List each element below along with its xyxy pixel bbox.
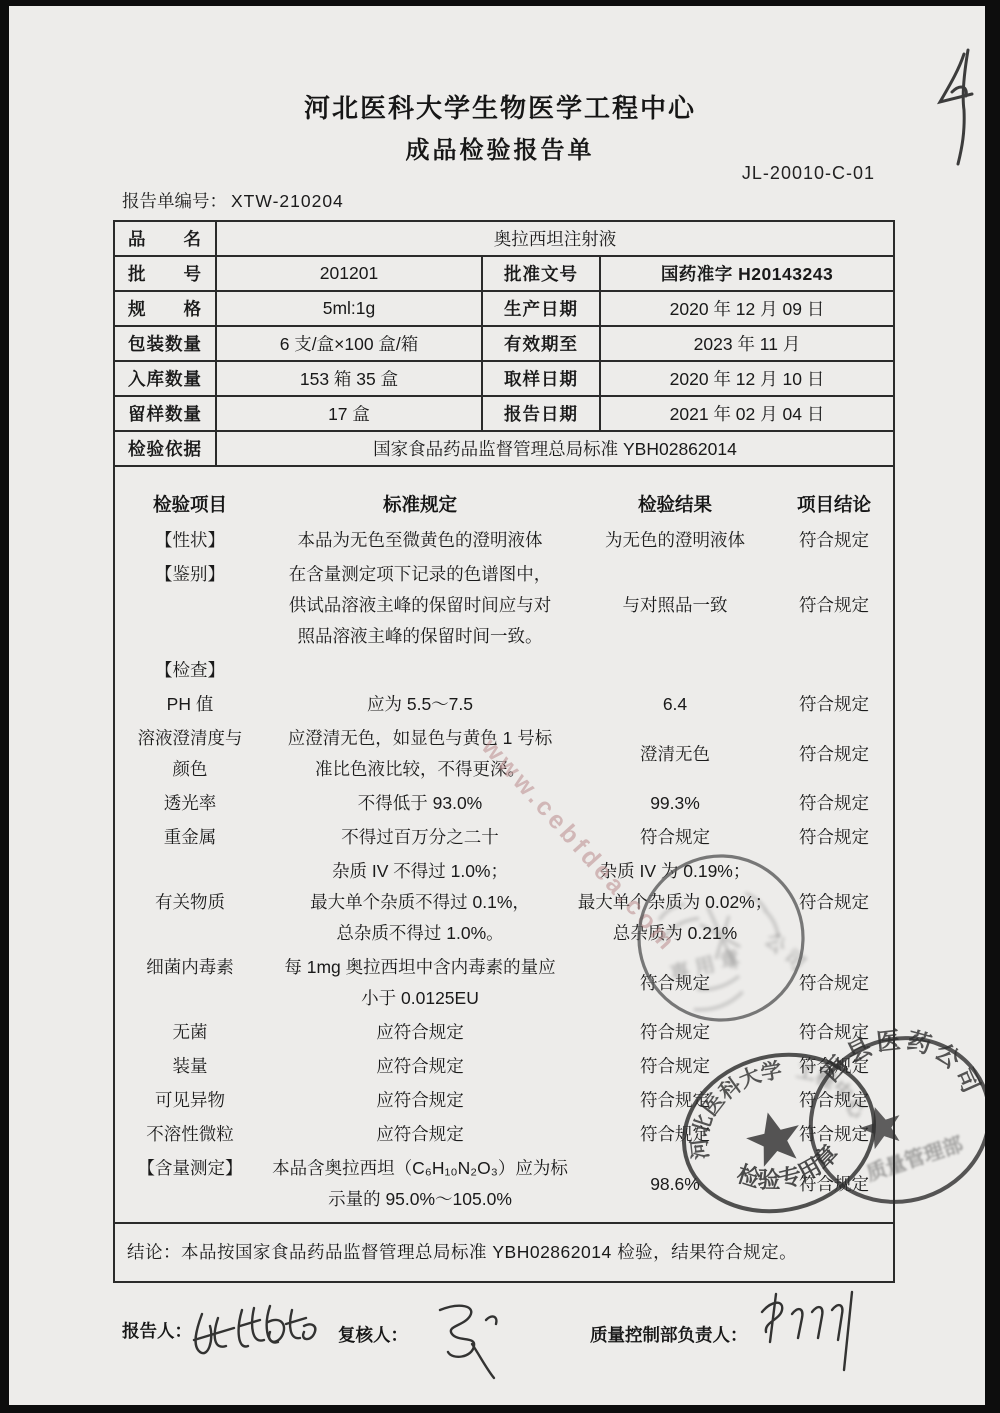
conclusion-box: 结论：本品按国家食品药品监督管理总局标准 YBH02862014 检验，结果符合… [115, 1222, 893, 1293]
report-number-value: XTW-210204 [231, 191, 344, 211]
info-row: 品 名奥拉西坦注射液 [115, 222, 893, 257]
inspection-cell: 【性状】 [115, 525, 265, 556]
reviewer-label: 复核人： [338, 1322, 408, 1347]
inspection-line: 符合规定 [575, 968, 775, 999]
inspection-line: 应为 5.5～7.5 [265, 689, 575, 720]
inspection-cell: 应符合规定 [265, 1051, 575, 1082]
reporter-label: 报告人： [122, 1318, 192, 1343]
info-cell: 留样数量 [115, 397, 215, 430]
inspection-line: 符合规定 [775, 1085, 893, 1116]
inspection-cell: 符合规定 [775, 723, 893, 785]
inspection-line: 溶液澄清度与 [115, 723, 265, 754]
inspection-line: 供试品溶液主峰的保留时间应与对 [265, 590, 575, 621]
inspection-cell: 符合规定 [575, 1017, 775, 1048]
inspection-line: 符合规定 [775, 788, 893, 819]
info-cell: 5ml:1g [215, 292, 481, 325]
inspection-row: 重金属不得过百万分之二十符合规定符合规定 [115, 822, 893, 853]
inspection-cell: 不得过百万分之二十 [265, 822, 575, 853]
inspection-row: 【检查】 [115, 655, 893, 686]
inspection-line: 符合规定 [775, 1017, 893, 1048]
inspection-line: 应澄清无色，如显色与黄色 1 号标 [265, 723, 575, 754]
inspection-cell: 杂质 IV 不得过 1.0%；最大单个杂质不得过 0.1%，总杂质不得过 1.0… [265, 856, 575, 949]
scanned-report-page: 河北医科大学生物医学工程中心 成品检验报告单 JL-20010-C-01 报告单… [0, 0, 1000, 1413]
info-cell: 批准文号 [481, 257, 599, 290]
inspection-row: 装量应符合规定符合规定符合规定 [115, 1051, 893, 1082]
info-cell: 2021 年 02 月 04 日 [599, 397, 893, 430]
info-cell: 6 支/盒×100 盒/箱 [215, 327, 481, 360]
inspection-line: 符合规定 [775, 822, 893, 853]
inspection-line: 细菌内毒素 [115, 952, 265, 983]
inspection-line: 符合规定 [775, 887, 893, 918]
inspection-line: 符合规定 [575, 822, 775, 853]
product-info-table: 品 名奥拉西坦注射液批 号201201批准文号国药准字 H20143243规 格… [115, 222, 893, 467]
inspection-row: 可见异物应符合规定符合规定符合规定 [115, 1085, 893, 1116]
scan-edge-left [0, 0, 9, 1413]
col-header-conclusion: 项目结论 [775, 491, 893, 517]
info-cell: 规 格 [115, 292, 215, 325]
inspection-line: 98.6% [575, 1169, 775, 1200]
info-cell: 品 名 [115, 222, 215, 255]
inspection-cell: 无菌 [115, 1017, 265, 1048]
inspection-line: 符合规定 [575, 1051, 775, 1082]
inspection-cell [265, 655, 575, 686]
info-row: 检验依据国家食品药品监督管理总局标准 YBH02862014 [115, 432, 893, 467]
inspection-line: 每 1mg 奥拉西坦中含内毒素的量应 [265, 952, 575, 983]
org-title: 河北医科大学生物医学工程中心 [0, 88, 1000, 125]
info-cell: 国药准字 H20143243 [599, 257, 893, 290]
inspection-cell: 重金属 [115, 822, 265, 853]
inspection-line: 【含量测定】 [115, 1153, 265, 1184]
inspection-line: 应符合规定 [265, 1051, 575, 1082]
inspection-cell: 符合规定 [575, 952, 775, 1014]
inspection-cell: 应符合规定 [265, 1017, 575, 1048]
inspection-cell: 应为 5.5～7.5 [265, 689, 575, 720]
inspection-cell: 与对照品一致 [575, 559, 775, 652]
inspection-cell: 应符合规定 [265, 1119, 575, 1150]
inspection-rows: 【性状】本品为无色至微黄色的澄明液体为无色的澄明液体符合规定【鉴别】在含量测定项… [115, 525, 893, 1215]
inspection-cell: 符合规定 [775, 559, 893, 652]
inspection-line: 照品溶液主峰的保留时间一致。 [265, 621, 575, 652]
inspection-table: 检验项目 标准规定 检验结果 项目结论 【性状】本品为无色至微黄色的澄明液体为无… [115, 467, 893, 1222]
inspection-line: 符合规定 [575, 1017, 775, 1048]
report-number-label: 报告单编号： [122, 191, 227, 211]
inspection-line: 杂质 IV 不得过 1.0%； [265, 856, 575, 887]
inspection-row: 有关物质杂质 IV 不得过 1.0%；最大单个杂质不得过 0.1%，总杂质不得过… [115, 856, 893, 949]
scan-edge-top [0, 0, 1000, 6]
inspection-line: 符合规定 [775, 525, 893, 556]
inspection-line: 可见异物 [115, 1085, 265, 1116]
inspection-line: 符合规定 [775, 739, 893, 770]
inspection-cell: 应符合规定 [265, 1085, 575, 1116]
inspection-line: 符合规定 [775, 590, 893, 621]
scan-edge-right [985, 0, 1000, 1413]
inspection-cell: 细菌内毒素 [115, 952, 265, 1014]
inspection-cell: 不溶性微粒 [115, 1119, 265, 1150]
inspection-row: 【鉴别】在含量测定项下记录的色谱图中，供试品溶液主峰的保留时间应与对照品溶液主峰… [115, 559, 893, 652]
info-row: 批 号201201批准文号国药准字 H20143243 [115, 257, 893, 292]
inspection-cell: 【含量测定】 [115, 1153, 265, 1215]
inspection-row: PH 值应为 5.5～7.56.4符合规定 [115, 689, 893, 720]
info-cell: 包装数量 [115, 327, 215, 360]
col-header-standard: 标准规定 [265, 491, 575, 517]
inspection-line: 与对照品一致 [575, 590, 775, 621]
inspection-line: 符合规定 [775, 689, 893, 720]
inspection-row: 细菌内毒素每 1mg 奥拉西坦中含内毒素的量应小于 0.0125EU符合规定符合… [115, 952, 893, 1014]
inspection-cell: 有关物质 [115, 856, 265, 949]
inspection-line: 最大单个杂质不得过 0.1%， [265, 887, 575, 918]
info-cell: 2023 年 11 月 [599, 327, 893, 360]
scan-edge-bottom [0, 1405, 1000, 1413]
inspection-cell: 符合规定 [775, 1017, 893, 1048]
inspection-cell: 可见异物 [115, 1085, 265, 1116]
inspection-line: 符合规定 [775, 1119, 893, 1150]
info-row: 规 格5ml:1g生产日期2020 年 12 月 09 日 [115, 292, 893, 327]
inspection-row: 【性状】本品为无色至微黄色的澄明液体为无色的澄明液体符合规定 [115, 525, 893, 556]
inspection-cell: 澄清无色 [575, 723, 775, 785]
inspection-line: 重金属 [115, 822, 265, 853]
inspection-cell: 99.3% [575, 788, 775, 819]
inspection-cell: PH 值 [115, 689, 265, 720]
inspection-cell: 符合规定 [775, 1119, 893, 1150]
inspection-row: 无菌应符合规定符合规定符合规定 [115, 1017, 893, 1048]
inspection-line: 小于 0.0125EU [265, 983, 575, 1014]
info-cell: 奥拉西坦注射液 [215, 222, 893, 255]
info-cell: 生产日期 [481, 292, 599, 325]
inspection-cell: 符合规定 [575, 822, 775, 853]
inspection-line: 符合规定 [775, 968, 893, 999]
qc-manager-label: 质量控制部负责人： [590, 1322, 748, 1347]
inspection-line: 不溶性微粒 [115, 1119, 265, 1150]
inspection-cell [575, 655, 775, 686]
info-cell: 取样日期 [481, 362, 599, 395]
info-row: 留样数量17 盒报告日期2021 年 02 月 04 日 [115, 397, 893, 432]
inspection-cell: 溶液澄清度与颜色 [115, 723, 265, 785]
inspection-line: 无菌 [115, 1017, 265, 1048]
inspection-cell: 98.6% [575, 1153, 775, 1215]
inspection-row: 【含量测定】本品含奥拉西坦（C₆H₁₀N₂O₃）应为标示量的 95.0%～105… [115, 1153, 893, 1215]
inspection-cell: 符合规定 [775, 689, 893, 720]
inspection-line: 符合规定 [775, 1169, 893, 1200]
inspection-line: 应符合规定 [265, 1119, 575, 1150]
inspection-cell: 本品为无色至微黄色的澄明液体 [265, 525, 575, 556]
inspection-line: 总杂质不得过 1.0%。 [265, 918, 575, 949]
inspection-line: 6.4 [575, 689, 775, 720]
inspection-line: 【检查】 [115, 655, 265, 686]
col-header-result: 检验结果 [575, 491, 775, 517]
info-row: 入库数量153 箱 35 盒取样日期2020 年 12 月 10 日 [115, 362, 893, 397]
info-cell: 201201 [215, 257, 481, 290]
inspection-cell [775, 655, 893, 686]
info-cell: 17 盒 [215, 397, 481, 430]
inspection-cell: 符合规定 [775, 1085, 893, 1116]
inspection-line: 在含量测定项下记录的色谱图中， [265, 559, 575, 590]
inspection-header-row: 检验项目 标准规定 检验结果 项目结论 [115, 491, 893, 517]
inspection-cell: 符合规定 [575, 1085, 775, 1116]
inspection-cell: 符合规定 [775, 788, 893, 819]
inspection-cell: 符合规定 [775, 822, 893, 853]
info-cell: 2020 年 12 月 09 日 [599, 292, 893, 325]
inspection-line: 颜色 [115, 754, 265, 785]
inspection-cell: 本品含奥拉西坦（C₆H₁₀N₂O₃）应为标示量的 95.0%～105.0% [265, 1153, 575, 1215]
inspection-line: 符合规定 [775, 1051, 893, 1082]
info-cell: 检验依据 [115, 432, 215, 465]
inspection-cell: 【检查】 [115, 655, 265, 686]
info-cell: 入库数量 [115, 362, 215, 395]
inspection-line: 澄清无色 [575, 739, 775, 770]
inspection-line: 为无色的澄明液体 [575, 525, 775, 556]
inspection-line: 应符合规定 [265, 1085, 575, 1116]
inspection-line: 不得过百万分之二十 [265, 822, 575, 853]
inspection-cell: 每 1mg 奥拉西坦中含内毒素的量应小于 0.0125EU [265, 952, 575, 1014]
inspection-cell: 符合规定 [775, 952, 893, 1014]
inspection-cell: 【鉴别】 [115, 559, 265, 652]
inspection-cell: 装量 [115, 1051, 265, 1082]
info-cell: 批 号 [115, 257, 215, 290]
inspection-row: 不溶性微粒应符合规定符合规定符合规定 [115, 1119, 893, 1150]
inspection-cell: 透光率 [115, 788, 265, 819]
inspection-line: 应符合规定 [265, 1017, 575, 1048]
inspection-line: 符合规定 [575, 1119, 775, 1150]
inspection-cell: 在含量测定项下记录的色谱图中，供试品溶液主峰的保留时间应与对照品溶液主峰的保留时… [265, 559, 575, 652]
inspection-line: 本品为无色至微黄色的澄明液体 [265, 525, 575, 556]
inspection-line: 有关物质 [115, 887, 265, 918]
info-cell: 报告日期 [481, 397, 599, 430]
inspection-cell: 符合规定 [775, 525, 893, 556]
inspection-cell: 符合规定 [775, 856, 893, 949]
info-cell: 有效期至 [481, 327, 599, 360]
inspection-cell: 6.4 [575, 689, 775, 720]
inspection-row: 透光率不得低于 93.0%99.3%符合规定 [115, 788, 893, 819]
report-title: 成品检验报告单 [0, 130, 1000, 165]
inspection-cell: 符合规定 [575, 1051, 775, 1082]
inspection-line: 99.3% [575, 788, 775, 819]
col-header-item: 检验项目 [115, 491, 265, 517]
inspection-line: 【性状】 [115, 525, 265, 556]
inspection-line: 装量 [115, 1051, 265, 1082]
report-number-row: 报告单编号：XTW-210204 [122, 188, 344, 213]
inspection-cell: 符合规定 [775, 1051, 893, 1082]
inspection-line: 符合规定 [575, 1085, 775, 1116]
info-cell: 2020 年 12 月 10 日 [599, 362, 893, 395]
inspection-line: 示量的 95.0%～105.0% [265, 1184, 575, 1215]
form-code: JL-20010-C-01 [695, 163, 875, 184]
inspection-cell: 符合规定 [575, 1119, 775, 1150]
info-cell: 国家食品药品监督管理总局标准 YBH02862014 [215, 432, 893, 465]
inspection-cell: 符合规定 [775, 1153, 893, 1215]
inspection-line: 本品含奥拉西坦（C₆H₁₀N₂O₃）应为标 [265, 1153, 575, 1184]
info-cell: 153 箱 35 盒 [215, 362, 481, 395]
inspection-line: 透光率 [115, 788, 265, 819]
inspection-line: PH 值 [115, 689, 265, 720]
info-row: 包装数量6 支/盒×100 盒/箱有效期至2023 年 11 月 [115, 327, 893, 362]
inspection-line: 【鉴别】 [115, 559, 265, 590]
inspection-cell: 为无色的澄明液体 [575, 525, 775, 556]
